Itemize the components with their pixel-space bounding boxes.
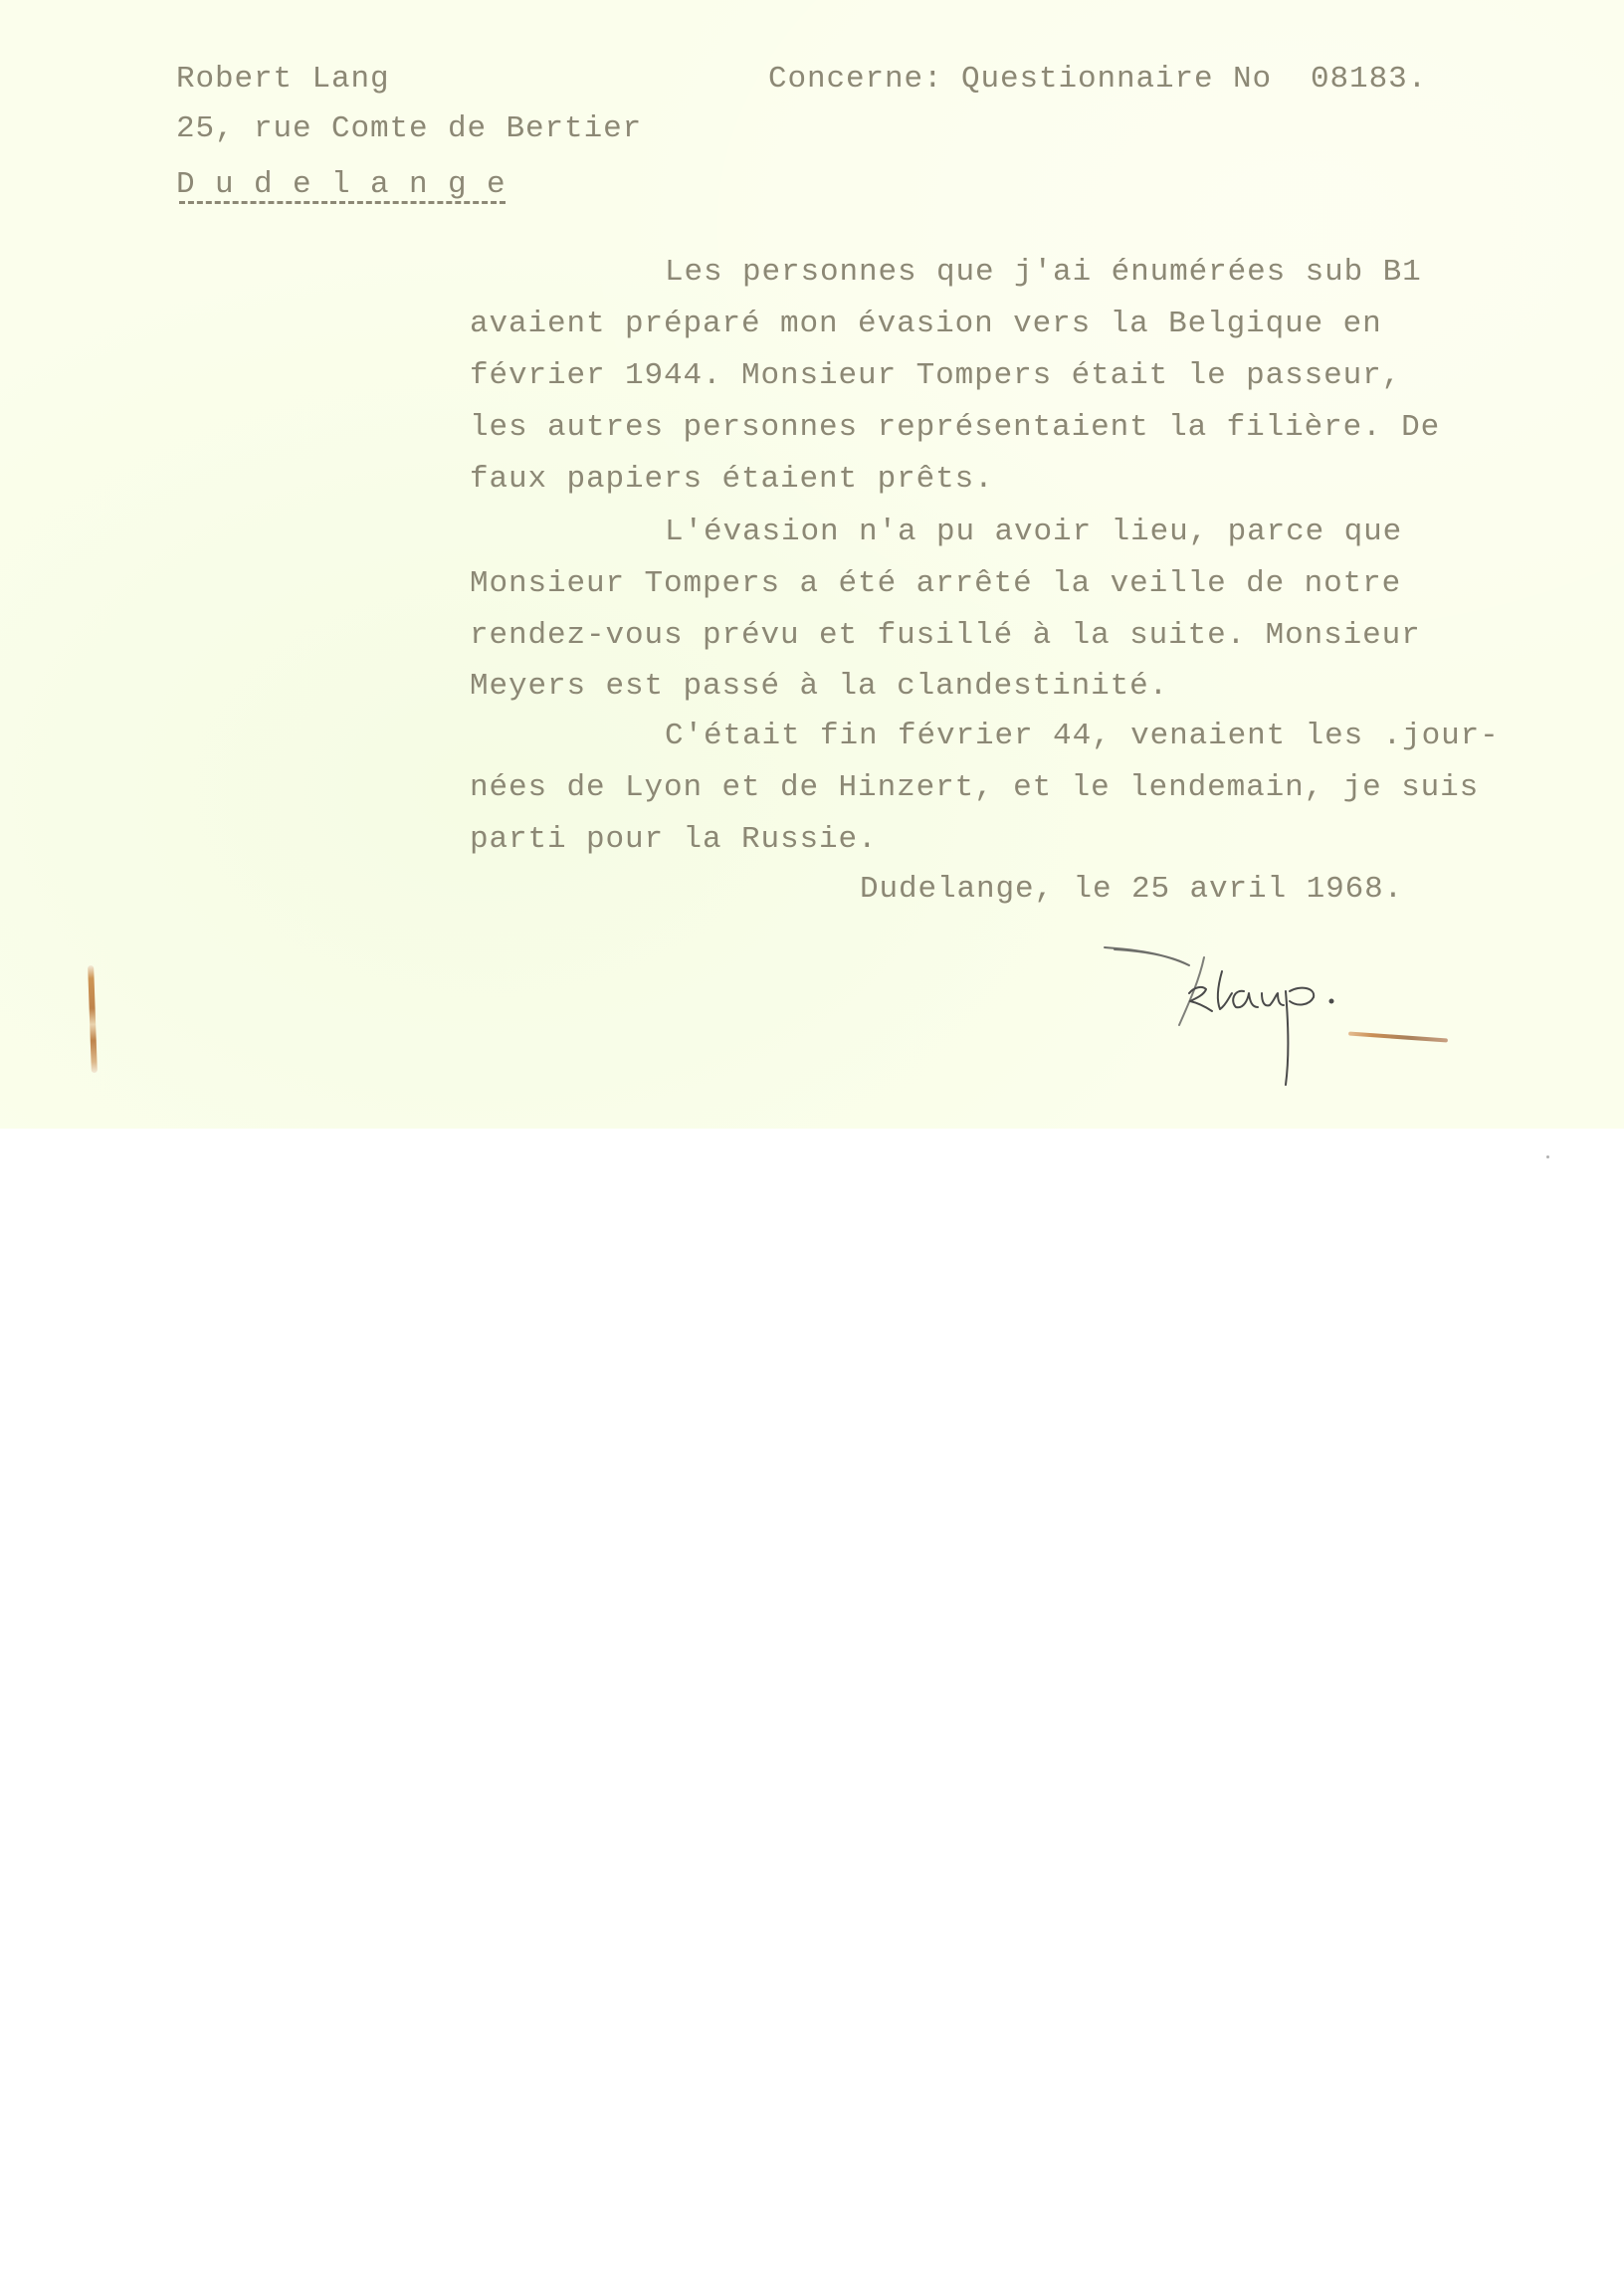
letter-paper: Robert Lang 25, rue Comte de Bertier D u… <box>0 0 1624 1129</box>
body-line: Monsieur Tompers a été arrêté la veille … <box>470 568 1401 599</box>
subject-label: Concerne: <box>768 64 943 95</box>
rust-staple-mark <box>88 965 98 1073</box>
body-line: Meyers est passé à la clandestinité. <box>470 671 1168 702</box>
body-line: rendez-vous prévu et fusillé à la suite.… <box>470 620 1421 651</box>
body-line: parti pour la Russie. <box>470 824 878 855</box>
body-line: les autres personnes représentaient la f… <box>470 412 1440 443</box>
signature <box>1095 936 1413 1095</box>
subject-text: Questionnaire No 08183. <box>961 64 1427 95</box>
body-line: C'était fin février 44, venaient les .jo… <box>665 721 1500 751</box>
place-date: Dudelange, le 25 avril 1968. <box>860 874 1403 905</box>
body-line: nées de Lyon et de Hinzert, et le lendem… <box>470 772 1479 803</box>
body-line: Les personnes que j'ai énumérées sub B1 <box>665 257 1422 288</box>
sender-name: Robert Lang <box>176 64 390 95</box>
body-line: L'évasion n'a pu avoir lieu, parce que <box>665 517 1402 547</box>
sender-city: D u d e l a n g e <box>176 169 507 200</box>
sender-street: 25, rue Comte de Bertier <box>176 113 642 144</box>
paper-speck <box>1546 1155 1549 1158</box>
city-underline <box>179 201 506 204</box>
body-line: avaient préparé mon évasion vers la Belg… <box>470 309 1382 339</box>
body-line: faux papiers étaient prêts. <box>470 464 994 495</box>
body-line: février 1944. Monsieur Tompers était le … <box>470 360 1401 391</box>
